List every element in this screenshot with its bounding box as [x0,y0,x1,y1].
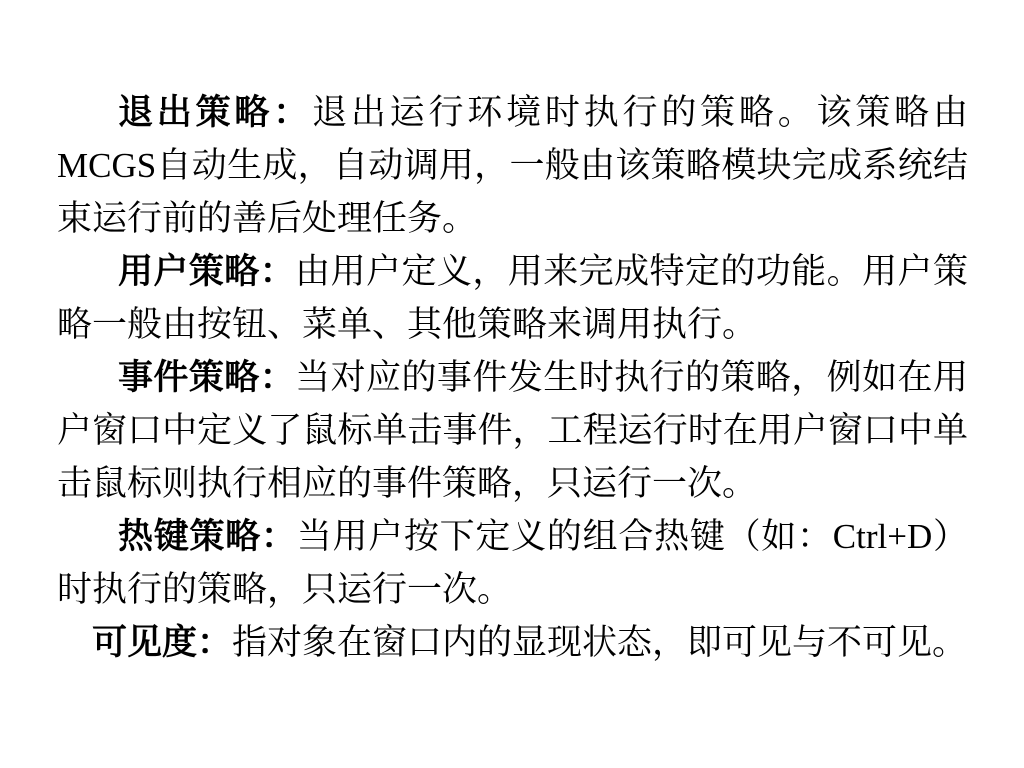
term-label: 事件策略： [118,358,295,397]
slide-page: 退出策略：退出运行环境时执行的策略。该策略由MCGS自动生成，自动调用，一般由该… [0,0,1024,768]
term-label: 热键策略： [118,517,297,556]
term-label: 可见度： [92,623,232,662]
definition-paragraph-user-strategy: 用户策略：由用户定义，用来完成特定的功能。用户策略一般由按钮、菜单、其他策略来调… [57,245,968,351]
definition-paragraph-exit-strategy: 退出策略：退出运行环境时执行的策略。该策略由MCGS自动生成，自动调用，一般由该… [57,86,968,245]
definition-paragraph-event-strategy: 事件策略：当对应的事件发生时执行的策略，例如在用户窗口中定义了鼠标单击事件，工程… [57,351,968,510]
definition-paragraph-visibility: 可见度：指对象在窗口内的显现状态，即可见与不可见。 [57,616,968,669]
definition-text: 指对象在窗口内的显现状态，即可见与不可见。 [232,623,967,662]
definition-paragraph-hotkey-strategy: 热键策略：当用户按下定义的组合热键（如：Ctrl+D）时执行的策略，只运行一次。 [57,510,968,616]
term-label: 退出策略： [118,93,312,132]
definitions-text-block: 退出策略：退出运行环境时执行的策略。该策略由MCGS自动生成，自动调用，一般由该… [57,86,968,669]
term-label: 用户策略： [118,252,295,291]
